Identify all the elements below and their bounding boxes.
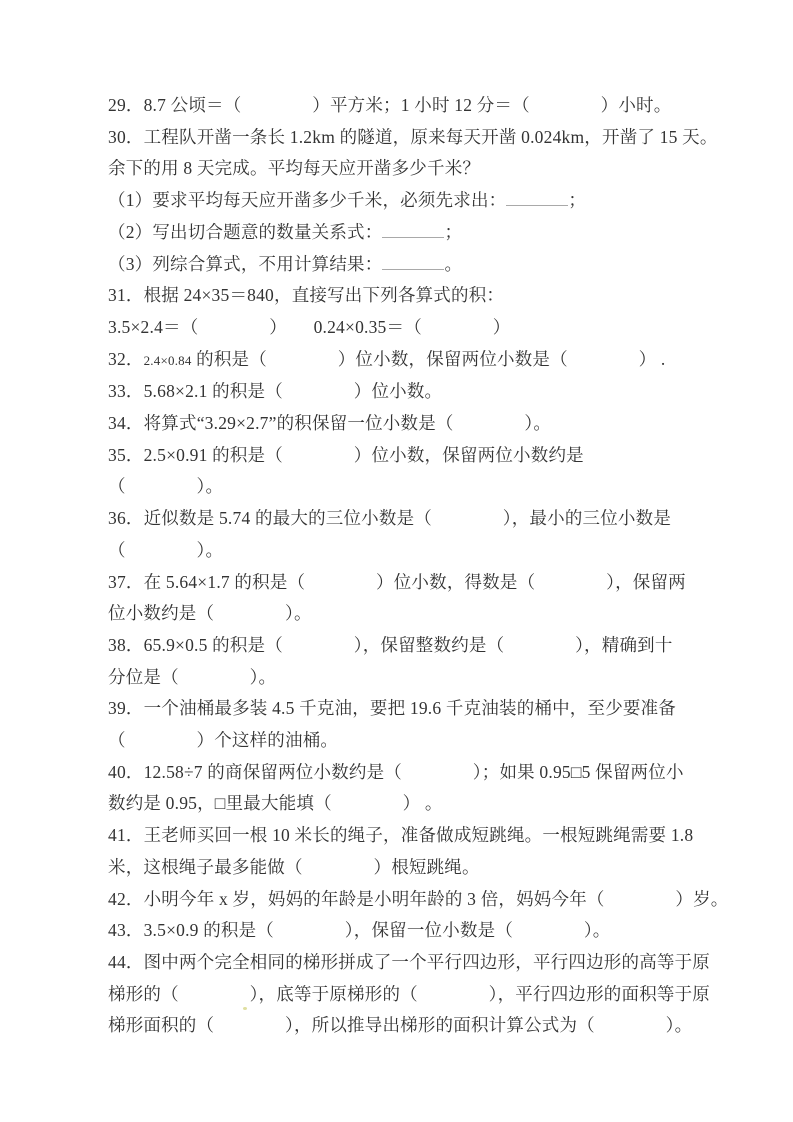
text-line-9: 32．2.4×0.84 的积是（ ）位小数，保留两位小数是（ ） . [108,344,728,377]
answer-blank-line [506,200,568,206]
text-segment: 33．5.68×2.1 的积是（ ）位小数。 [108,381,442,401]
text-segment: 39．一个油桶最多装 4.5 千克油，要把 19.6 千克油装的桶中，至少要准备 [108,698,676,718]
text-line-6: （3）列综合算式，不用计算结果：。 [108,249,728,281]
text-line-16: 37．在 5.64×1.7 的积是（ ）位小数，得数是（ ），保留两 [108,567,728,599]
text-line-19: 分位是（ ）。 [108,662,728,694]
text-segment: 3.5×2.4＝（ ） 0.24×0.35＝（ ） [108,317,510,337]
text-line-21: （ ）个这样的油桶。 [108,725,728,757]
text-segment: ； [444,222,462,242]
text-line-20: 39．一个油桶最多装 4.5 千克油，要把 19.6 千克油装的桶中，至少要准备 [108,693,728,725]
text-line-29: 梯形的（ ），底等于原梯形的（ ），平行四边形的面积等于原 [108,979,728,1011]
worksheet-page: 29．8.7 公顷＝（ ）平方米；1 小时 12 分＝（ ）小时。30．工程队开… [0,0,793,1122]
worksheet-body: 29．8.7 公顷＝（ ）平方米；1 小时 12 分＝（ ）小时。30．工程队开… [108,90,728,1042]
text-line-8: 3.5×2.4＝（ ） 0.24×0.35＝（ ） [108,312,728,344]
text-segment: 分位是（ ）。 [108,667,276,687]
text-line-26: 42．小明今年 x 岁，妈妈的年龄是小明年龄的 3 倍，妈妈今年（ ）岁。 [108,884,728,916]
text-segment: 米，这根绳子最多能做（ ）根短跳绳。 [108,857,480,877]
text-line-27: 43．3.5×0.9 的积是（ ），保留一位小数是（ ）。 [108,915,728,947]
text-segment: 30．工程队开凿一条长 1.2km 的隧道，原来每天开凿 0.024km，开凿了… [108,127,718,147]
text-line-25: 米，这根绳子最多能做（ ）根短跳绳。 [108,852,728,884]
text-line-28: 44．图中两个完全相同的梯形拼成了一个平行四边形，平行四边形的高等于原 [108,947,728,979]
text-line-2: 30．工程队开凿一条长 1.2km 的隧道，原来每天开凿 0.024km，开凿了… [108,122,728,154]
text-segment: 29．8.7 公顷＝（ ）平方米；1 小时 12 分＝（ ）小时。 [108,95,671,115]
text-segment: 41．王老师买回一根 10 米长的绳子，准备做成短跳绳。一根短跳绳需要 1.8 [108,825,693,845]
text-segment: 数约是 0.95，□里最大能填（ ） 。 [108,793,443,813]
text-line-3: 余下的用 8 天完成。平均每天应开凿多少千米？ [108,153,728,185]
text-segment: （1）要求平均每天应开凿多少千米，必须先求出： [108,190,506,210]
text-line-13: （ ）。 [108,471,728,503]
text-segment: 32． [108,349,144,369]
text-segment: （2）写出切合题意的数量关系式： [108,222,382,242]
scan-artifact-dot [243,1007,247,1010]
text-segment: 37．在 5.64×1.7 的积是（ ）位小数，得数是（ ），保留两 [108,572,686,592]
text-segment: （ ）个这样的油桶。 [108,730,338,750]
text-line-1: 29．8.7 公顷＝（ ）平方米；1 小时 12 分＝（ ）小时。 [108,90,728,122]
text-line-15: （ ）。 [108,535,728,567]
text-segment: 38．65.9×0.5 的积是（ ），保留整数约是（ ），精确到十 [108,635,673,655]
text-segment: 40．12.58÷7 的商保留两位小数约是（ ）；如果 0.95□5 保留两位小 [108,762,684,782]
text-line-14: 36．近似数是 5.74 的最大的三位小数是（ ），最小的三位小数是 [108,503,728,535]
text-segment: （ ）。 [108,476,223,496]
answer-blank-line [382,264,444,270]
text-line-22: 40．12.58÷7 的商保留两位小数约是（ ）；如果 0.95□5 保留两位小 [108,757,728,789]
text-segment: 余下的用 8 天完成。平均每天应开凿多少千米？ [108,158,480,178]
text-segment: 35．2.5×0.91 的积是（ ）位小数，保留两位小数约是 [108,445,584,465]
text-line-18: 38．65.9×0.5 的积是（ ），保留整数约是（ ），精确到十 [108,630,728,662]
text-segment: 梯形面积的（ ），所以推导出梯形的面积计算公式为（ ）。 [108,1015,692,1035]
text-segment: 的积是（ ）位小数，保留两位小数是（ ） . [192,349,666,369]
text-segment: （ ）。 [108,540,223,560]
text-line-23: 数约是 0.95，□里最大能填（ ） 。 [108,788,728,820]
text-segment: ； [568,190,586,210]
text-segment: 31．根据 24×35＝840，直接写出下列各算式的积： [108,285,504,305]
text-segment: 。 [444,254,462,274]
text-line-7: 31．根据 24×35＝840，直接写出下列各算式的积： [108,280,728,312]
text-segment: 2.4×0.84 [144,353,192,368]
text-segment: 43．3.5×0.9 的积是（ ），保留一位小数是（ ）。 [108,920,611,940]
text-line-4: （1）要求平均每天应开凿多少千米，必须先求出：； [108,185,728,217]
text-segment: 42．小明今年 x 岁，妈妈的年龄是小明年龄的 3 倍，妈妈今年（ ）岁。 [108,889,729,909]
text-segment: 梯形的（ ），底等于原梯形的（ ），平行四边形的面积等于原 [108,984,710,1004]
text-line-30: 梯形面积的（ ），所以推导出梯形的面积计算公式为（ ）。 [108,1010,728,1042]
text-line-10: 33．5.68×2.1 的积是（ ）位小数。 [108,376,728,408]
answer-blank-line [382,232,444,238]
text-line-24: 41．王老师买回一根 10 米长的绳子，准备做成短跳绳。一根短跳绳需要 1.8 [108,820,728,852]
text-line-17: 位小数约是（ ）。 [108,598,728,630]
text-line-11: 34．将算式“3.29×2.7”的积保留一位小数是（ ）。 [108,408,728,440]
text-segment: 34．将算式“3.29×2.7”的积保留一位小数是（ ）。 [108,413,551,433]
text-line-5: （2）写出切合题意的数量关系式：； [108,217,728,249]
text-segment: 44．图中两个完全相同的梯形拼成了一个平行四边形，平行四边形的高等于原 [108,952,710,972]
text-segment: 36．近似数是 5.74 的最大的三位小数是（ ），最小的三位小数是 [108,508,671,528]
text-segment: （3）列综合算式，不用计算结果： [108,254,382,274]
text-segment: 位小数约是（ ）。 [108,603,312,623]
text-line-12: 35．2.5×0.91 的积是（ ）位小数，保留两位小数约是 [108,440,728,472]
